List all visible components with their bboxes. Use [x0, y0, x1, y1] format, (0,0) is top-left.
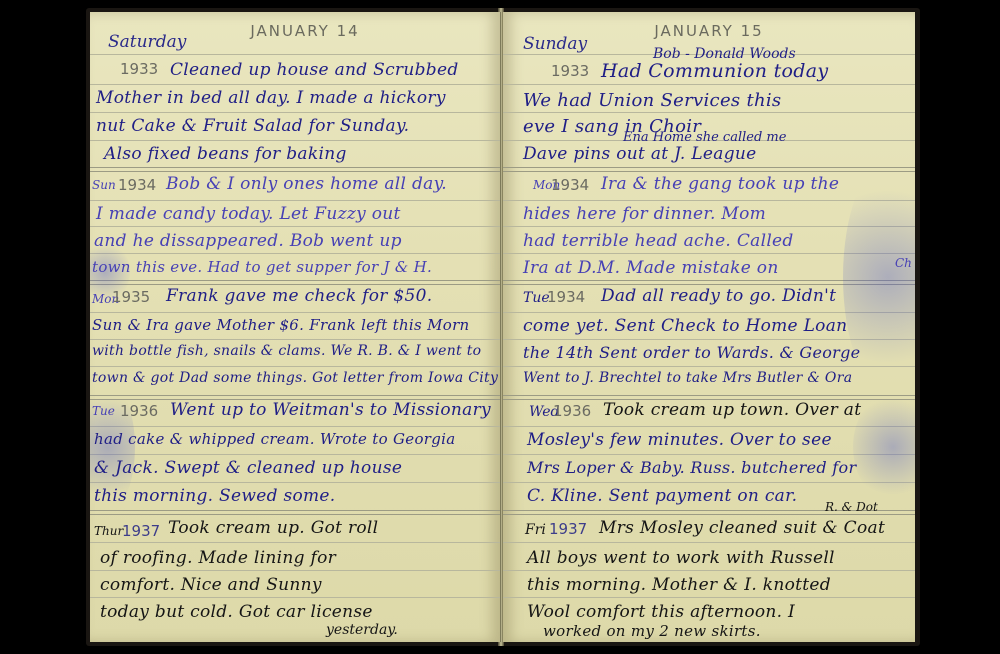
- year-label: 1933: [551, 62, 589, 80]
- entry-line: had terrible head ache. Called: [523, 231, 794, 251]
- entry-line: Took cream up town. Over at: [603, 400, 861, 420]
- year-label: 1934: [118, 176, 156, 194]
- entry-line: Dad all ready to go. Didn't: [601, 286, 836, 306]
- entry-line: Bob & I only ones home all day.: [166, 174, 447, 194]
- entry-annotation: Ena Home she called me: [623, 130, 786, 145]
- entry-line: & Jack. Swept & cleaned up house: [94, 458, 402, 478]
- entry-line: Frank gave me check for $50.: [166, 286, 432, 306]
- weekday-note: Tue: [92, 404, 115, 418]
- year-label: 1933: [120, 60, 158, 78]
- day-of-week: Saturday: [108, 32, 186, 52]
- weekday-note: Thur: [94, 524, 123, 538]
- entry-line: today but cold. Got car license: [100, 602, 373, 622]
- right-page: JANUARY 15 Sunday Bob - Donald Woods 193…: [502, 12, 915, 642]
- entry-line: this morning. Mother & I. knotted: [527, 575, 831, 595]
- entry-line: I made candy today. Let Fuzzy out: [96, 204, 401, 224]
- entry-line: Dave pins out at J. League: [523, 144, 757, 164]
- entry-line: C. Kline. Sent payment on car.: [527, 486, 797, 506]
- entry-line: Ira & the gang took up the: [601, 174, 839, 194]
- entry-line: had cake & whipped cream. Wrote to Georg…: [94, 430, 456, 448]
- entry-line: come yet. Sent Check to Home Loan: [523, 316, 847, 336]
- margin-note: Ch: [895, 256, 912, 270]
- entry-annotation: yesterday.: [326, 622, 398, 638]
- diary-book: JANUARY 14 Saturday 1933 Cleaned up hous…: [86, 8, 920, 646]
- entry-line: town this eve. Had to get supper for J &…: [92, 258, 432, 276]
- entry-line: Also fixed beans for baking: [104, 144, 347, 164]
- weekday-note: Fri: [525, 522, 546, 538]
- entry-line: hides here for dinner. Mom: [523, 204, 766, 224]
- entry-line: this morning. Sewed some.: [94, 486, 336, 506]
- entry-annotation: worked on my 2 new skirts.: [543, 622, 761, 640]
- year-label: 1937: [549, 520, 587, 538]
- weekday-note: Sun: [92, 178, 116, 192]
- weekday-note: Tue: [523, 290, 550, 306]
- year-label: 1934: [547, 288, 585, 306]
- entry-line: Ira at D.M. Made mistake on: [523, 258, 779, 278]
- entry-line: the 14th Sent order to Wards. & George: [523, 343, 860, 362]
- entry-line: and he dissappeared. Bob went up: [94, 231, 402, 251]
- year-label: 1936: [120, 402, 158, 420]
- entry-line: All boys went to work with Russell: [527, 548, 835, 568]
- entry-line: Had Communion today: [601, 60, 828, 82]
- entry-line: of roofing. Made lining for: [100, 548, 336, 568]
- entry-line: Cleaned up house and Scrubbed: [170, 60, 459, 80]
- entry-line: Mrs Mosley cleaned suit & Coat: [599, 518, 885, 538]
- year-label: 1935: [112, 288, 150, 306]
- entry-line: Went up to Weitman's to Missionary: [170, 400, 491, 420]
- entry-line: Mrs Loper & Baby. Russ. butchered for: [527, 458, 856, 477]
- year-label: 1934: [551, 176, 589, 194]
- left-page: JANUARY 14 Saturday 1933 Cleaned up hous…: [90, 12, 501, 642]
- year-label: 1936: [553, 402, 591, 420]
- entry-line: Sun & Ira gave Mother $6. Frank left thi…: [92, 316, 470, 334]
- entry-line: Wool comfort this afternoon. I: [527, 602, 795, 622]
- year-label: 1937: [122, 522, 160, 540]
- entry-line: comfort. Nice and Sunny: [100, 575, 322, 595]
- entry-line: Went to J. Brechtel to take Mrs Butler &…: [523, 370, 852, 386]
- entry-line: with bottle fish, snails & clams. We R. …: [92, 343, 481, 359]
- entry-line: town & got Dad some things. Got letter f…: [92, 370, 498, 386]
- entry-line: Mother in bed all day. I made a hickory: [96, 88, 446, 108]
- entry-line: We had Union Services this: [523, 90, 781, 111]
- entry-line: nut Cake & Fruit Salad for Sunday.: [96, 116, 409, 136]
- entry-line: Took cream up. Got roll: [168, 518, 378, 538]
- day-of-week: Sunday: [523, 34, 587, 54]
- entry-annotation: R. & Dot: [825, 500, 878, 514]
- entry-line: Mosley's few minutes. Over to see: [527, 430, 832, 450]
